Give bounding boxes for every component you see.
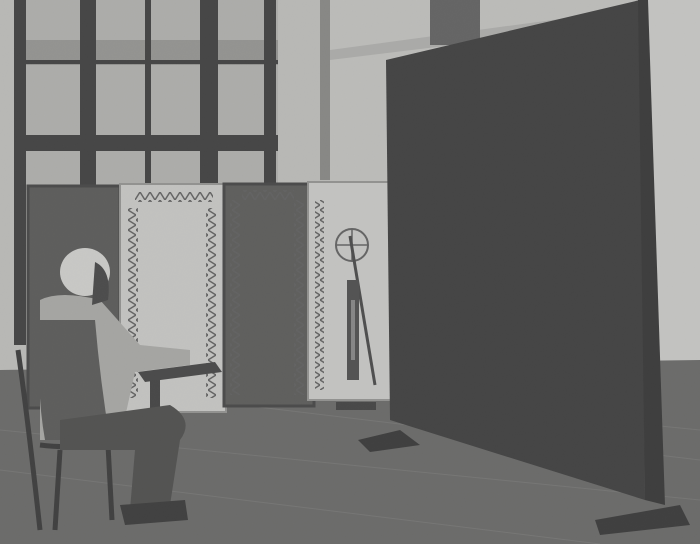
- scene-illustration: [0, 0, 700, 544]
- photograph: [0, 0, 700, 544]
